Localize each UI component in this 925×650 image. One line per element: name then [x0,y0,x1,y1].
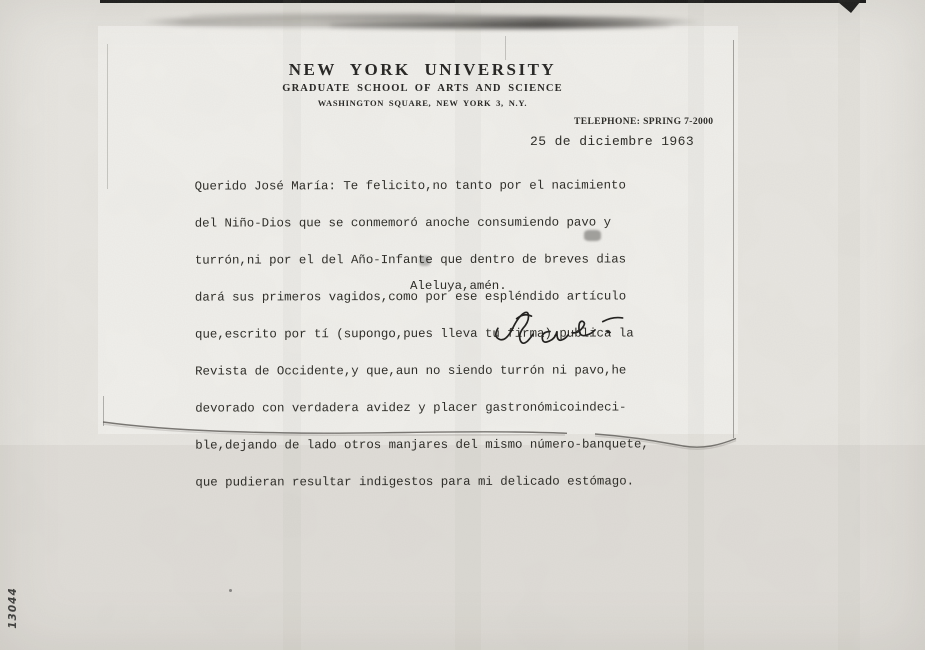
scanned-letter-page: NEW YORK UNIVERSITY GRADUATE SCHOOL OF A… [0,0,925,650]
scan-noise-overlay [0,0,925,650]
